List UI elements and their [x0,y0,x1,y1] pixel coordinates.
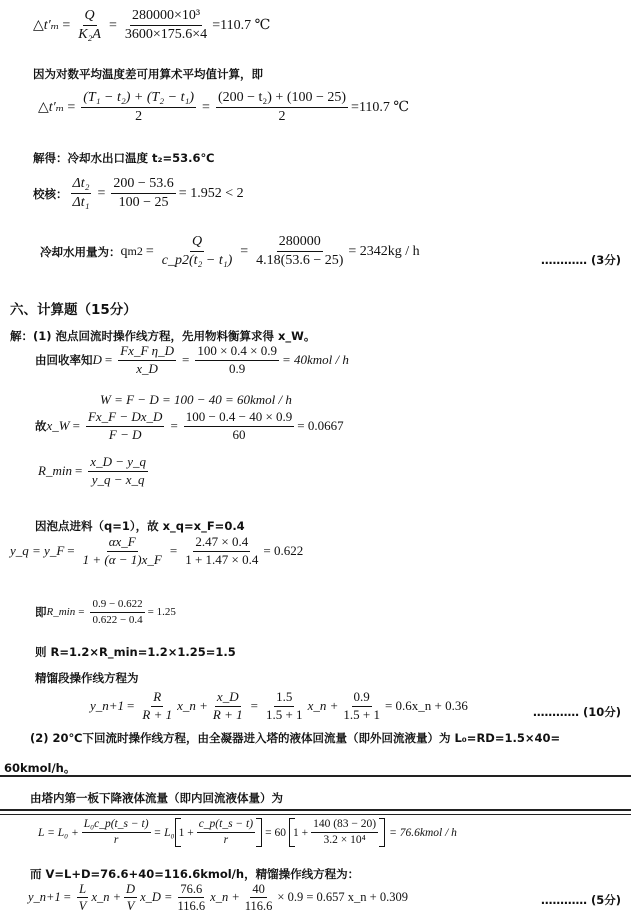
text-line: 60kmol/h。 [4,760,75,776]
eq-lhs: △t′ₘ [33,17,59,34]
score-label: ………… (5分) [541,892,621,908]
equation-distillate: 由回收率知D= Fx_F η_Dx_D= 100 × 0.4 × 0.90.9 … [35,344,349,377]
equation-bottoms: W = F − D = 100 − 40 = 60kmol / h [100,392,292,408]
section-heading: 六、计算题（15分） [10,298,137,318]
equation-arith-mean: △t′ₘ= (T₁ − t₂) + (T₂ − t₁)2= (200 − t₂)… [38,90,409,125]
equation-rectifying-line: y_n+1= RR + 1 x_n + x_DR + 1= 1.51.5 + 1… [90,690,468,723]
fraction: 280000×10³3600×175.6×4 [123,8,209,43]
text-line: 由塔内第一板下降液体流量（即内回流液体量）为 [30,790,283,806]
equation-internal-reflux: L = L₀ + L₀c_p(t_s − t)r = L₀ 1 +c_p(t_s… [38,818,457,847]
divider [0,775,631,777]
equation-log-mean-temp: △t′ₘ= QK₂A= 280000×10³3600×175.6×4 =110.… [33,8,270,43]
eq-result: =110.7 ℃ [212,17,270,34]
text-line: (2) 20℃下回流时操作线方程，由全凝器进入塔的液体回流量（即外回流液量）为 … [30,730,560,746]
divider [0,809,631,811]
text-line: 因为对数平均温度差可用算术平均值计算，即 [33,66,263,82]
score-label: ………… (3分) [541,252,621,268]
text-line: 则 R=1.2×R_min=1.2×1.25=1.5 [35,644,236,660]
equation-cooling-water: 冷却水用量为： qm2= Qc_p2(t₂ − t₁)= 2800004.18(… [40,234,420,269]
text-line: 而 V=L+D=76.6+40=116.6kmol/h，精馏操作线方程为： [30,866,359,882]
equation-xw: 故x_W= Fx_F − Dx_DF − D= 100 − 0.4 − 40 ×… [35,410,344,443]
score-label: ………… (10分) [533,704,621,720]
equation-rmin-def: R_min= x_D − y_qy_q − x_q [38,455,151,488]
text-line: 解得：冷却水出口温度 t₂=53.6℃ [33,150,214,166]
equation-rectifying-line-2: y_n+1= LV x_n + DV x_D = 76.6116.6 x_n +… [28,882,408,914]
text-line: 解：(1) 泡点回流时操作线方程，先用物料衡算求得 x_W。 [10,328,315,344]
text-line: 精馏段操作线方程为 [35,670,139,686]
divider [0,814,631,815]
equation-yq: y_q = y_F= αx_F1 + (α − 1)x_F= 2.47 × 0.… [10,535,303,568]
fraction: QK₂A [76,8,103,43]
text-line: 因泡点进料（q=1），故 x_q=x_F=0.4 [35,518,245,534]
equation-rmin-value: 即R_min= 0.9 − 0.6220.622 − 0.4 = 1.25 [35,598,176,626]
equation-check: 校核： Δt₂Δt₁= 200 − 53.6100 − 25 = 1.952 <… [33,176,244,211]
